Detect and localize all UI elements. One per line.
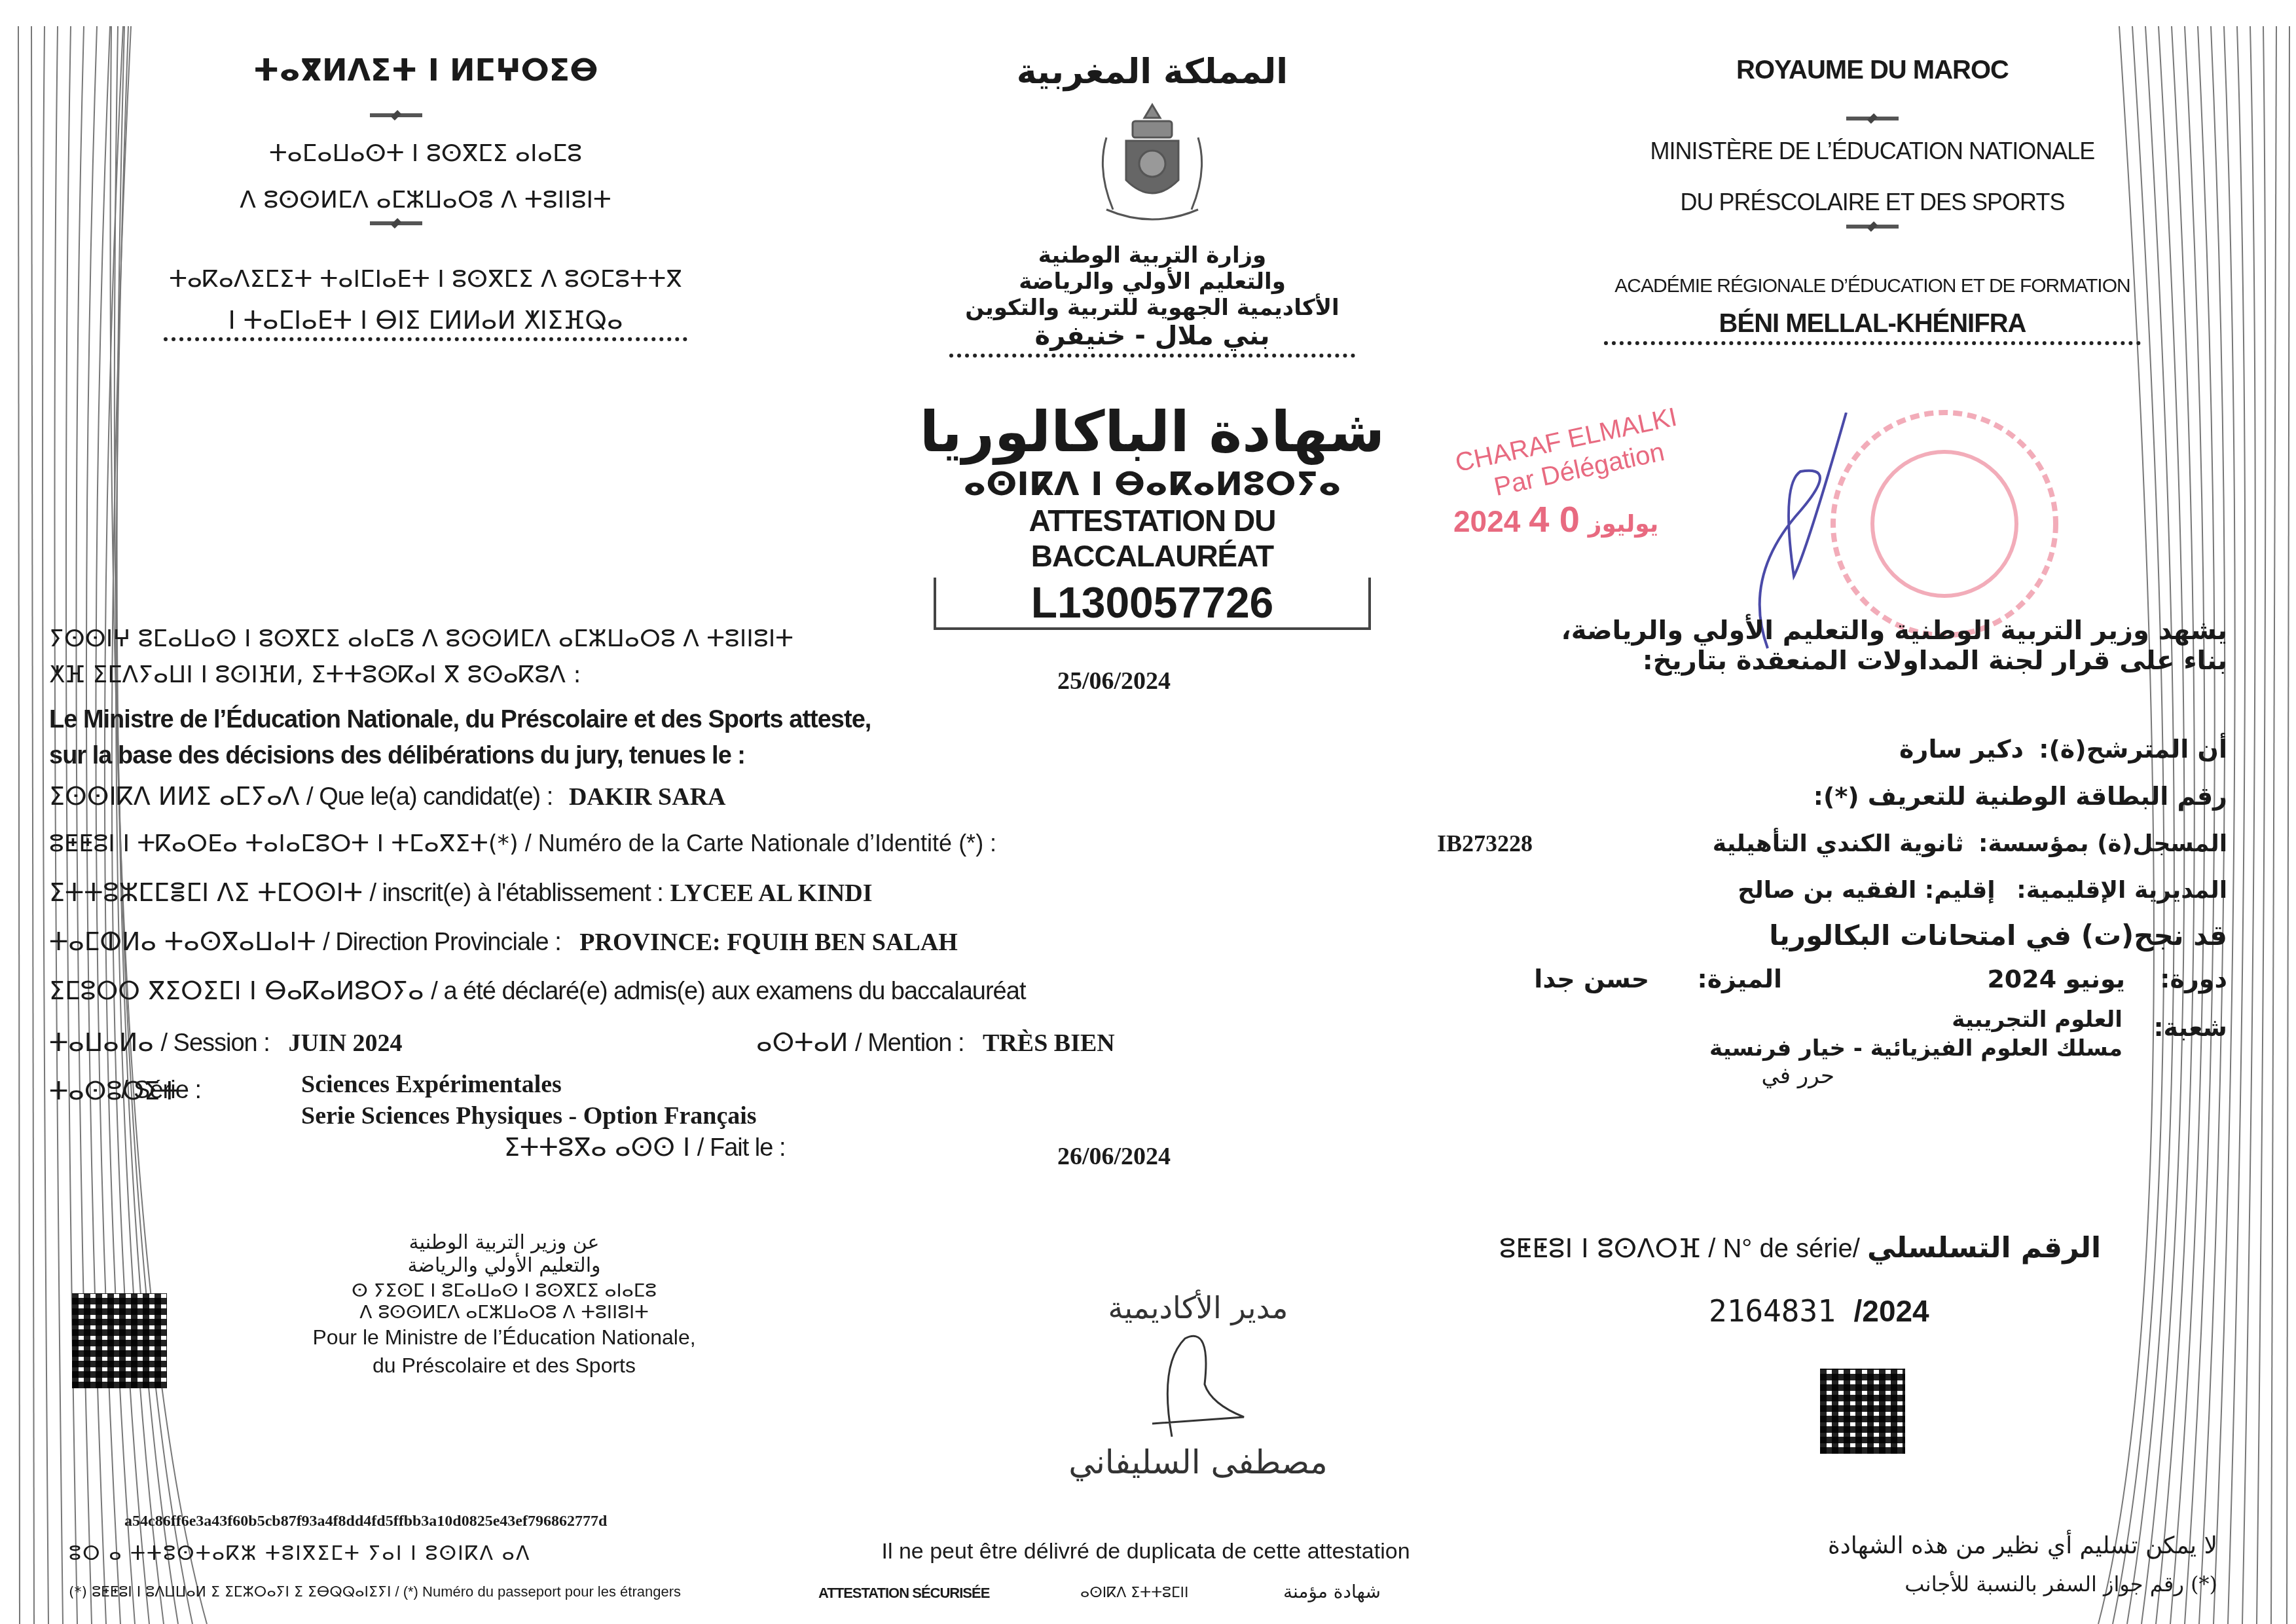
serial-label-arabic: الرقم التسلسلي	[1867, 1231, 2101, 1264]
jury-date: 25/06/2024	[1057, 667, 1171, 695]
intro-french-1: Le Ministre de l’Éducation Nationale, du…	[49, 706, 1293, 734]
body-left: ⵢⵙⵙⵏⵖ ⵓⵎⴰⵡⴰⵙ ⵏ ⵓⵙⴳⵎⵉ ⴰⵏⴰⵎⵓ ⴷ ⵓⵙⵙⵍⵎⴷ ⴰⵎⵣⵡ…	[49, 625, 1293, 1175]
serial-label-tifinagh: ⵓⵟⵟⵓⵏ ⵏ ⵓⵙⴷⵔⴼ	[1499, 1234, 1701, 1264]
session-label-tifinagh: ⵜⴰⵡⴰⵍⴰ	[49, 1028, 154, 1057]
serie-label-ar: شعبة:	[2153, 1013, 2227, 1042]
direction-label-tifinagh: ⵜⴰⵎⵀⵍⴰ ⵜⴰⵙⴳⴰⵡⴰⵏⵜ	[49, 927, 316, 956]
serial-year: /2024	[1854, 1294, 1929, 1328]
arabic-ministry-line2: والتعليم الأولي والرياضة	[949, 268, 1355, 295]
ar-sign-line2: والتعليم الأولي والرياضة	[249, 1254, 759, 1277]
school-label-tifinagh: ⵉⵜⵜⵓⵣⵎⵎⴻⵎⵏ ⴷⵉ ⵜⵎⵔⵙⵏⵜ	[49, 878, 363, 907]
arabic-academy: الأكاديمية الجهوية للتربية والتكوين	[949, 295, 1355, 321]
passport-note-tifinagh: (*) ⵓⵟⵟⵓⵏ ⵏ ⵓⴷⵡⵡⴰⵍ ⵉ ⵉⵎⵣⵔⴰⵢⵏ ⵉ ⵉⴱⵕⵕⴰⵏⵉⵢⵏ	[69, 1584, 391, 1600]
session-label: / Session :	[160, 1029, 269, 1057]
school-label-ar: المسجل(ة) بمؤسسة:	[1978, 830, 2227, 857]
serie-value-2: Serie Sciences Physiques - Option França…	[301, 1101, 757, 1130]
secured-label-french: ATTESTATION SÉCURISÉE	[818, 1585, 989, 1602]
tif-sign-line1: ⵙ ⵢⵉⵙⵎ ⵏ ⵓⵎⴰⵡⴰⵙ ⵏ ⵓⵙⴳⵎⵉ ⴰⵏⴰⵎⵓ	[249, 1280, 759, 1301]
mention-label-ar: الميزة:	[1697, 965, 1782, 993]
session-row-ar: دورة: يونيو 2024 الميزة: حسن جدا	[1474, 965, 2227, 997]
body-right: يشهد وزير التربية الوطنية والتعليم الأول…	[1474, 616, 2227, 1098]
no-duplicate-tifinagh: ⵓⵔ ⴰ ⵜⵜⵓⵙⵜⴰⴽⵣ ⵜⵓⵏⴳⵉⵎⵜ ⵢⴰⵏ ⵏ ⵓⵙⵏⴽⴷ ⴰⴷ	[69, 1542, 530, 1565]
director-signature-block: مدير الأكاديمية مصطفى السليفاني	[969, 1290, 1427, 1481]
candidate-label: / Que le(a) candidat(e) :	[306, 783, 553, 811]
tifinagh-academy: ⵜⴰⴽⴰⴷⵉⵎⵉⵜ ⵜⴰⵏⵎⵏⴰⴹⵜ ⵏ ⵓⵙⴳⵎⵉ ⴷ ⵓⵙⵎⵓⵜⵜⴳ	[164, 266, 687, 293]
title-block: شهادة الباكالوريا ⴰⵙⵏⴽⴷ ⵏ ⴱⴰⴽⴰⵍⵓⵔⵢⴰ ATTE…	[917, 399, 1388, 630]
candidate-label-tifinagh: ⵉⵙⵙⵏⴽⴷ ⵍⵍⵉ ⴰⵎⵢⴰⴷ	[49, 782, 299, 811]
verification-hash: a54c86ff6e3a43f60b5cb87f93a4f8dd4fd5ffbb…	[124, 1513, 607, 1530]
secured-label-arabic: شهادة مؤمنة	[1283, 1581, 1381, 1602]
candidate-name-ar: دكير سارة	[1899, 735, 2024, 764]
passport-note: (*) ⵓⵟⵟⵓⵏ ⵏ ⵓⴷⵡⵡⴰⵍ ⵉ ⵉⵎⵣⵔⴰⵢⵏ ⵉ ⵉⴱⵕⵕⴰⵏⵉⵢⵏ…	[69, 1583, 681, 1600]
direction-label: / Direction Provinciale :	[323, 929, 561, 956]
footer-left-signature: عن وزير التربية الوطنية والتعليم الأولي …	[249, 1231, 759, 1378]
candidate-name: DAKIR SARA	[569, 783, 726, 811]
school-name-ar: ثانوية الكندي التأهيلية	[1713, 830, 1964, 857]
no-duplicate-notice: Il ne peut être délivré de duplicata de …	[818, 1539, 1473, 1564]
direction-row: ⵜⴰⵎⵀⵍⴰ ⵜⴰⵙⴳⴰⵡⴰⵏⵜ / Direction Provinciale…	[49, 927, 1293, 957]
datamatrix-code[interactable]	[1820, 1369, 1905, 1454]
session-value-ar: يونيو 2024	[1987, 965, 2125, 993]
director-name: مصطفى السليفاني	[969, 1443, 1427, 1481]
arabic-kingdom: المملكة المغربية	[949, 52, 1355, 92]
header-center: المملكة المغربية وزارة التربية الوطنية و…	[949, 52, 1355, 358]
ministry-line2: DU PRÉSCOLAIRE ET DES SPORTS	[1604, 189, 2141, 216]
mention-label: / Mention :	[855, 1029, 964, 1057]
tifinagh-kingdom: ⵜⴰⴳⵍⴷⵉⵜ ⵏ ⵍⵎⵖⵔⵉⴱ	[164, 52, 687, 88]
school-row: ⵉⵜⵜⵓⵣⵎⵎⴻⵎⵏ ⴷⵉ ⵜⵎⵔⵙⵏⵜ / inscrit(e) à l'ét…	[49, 878, 1293, 908]
header-left: ⵜⴰⴳⵍⴷⵉⵜ ⵏ ⵍⵎⵖⵔⵉⴱ ⵜⴰⵎⴰⵡⴰⵙⵜ ⵏ ⵓⵙⴳⵎⵉ ⴰⵏⴰⵎⵓ …	[164, 52, 687, 341]
fait-date: 26/06/2024	[1057, 1142, 1171, 1171]
serie-value-1-ar: العلوم التجريبية	[1952, 1006, 2123, 1033]
ministry-line1: MINISTÈRE DE L’ÉDUCATION NATIONALE	[1604, 138, 2141, 165]
admitted-ar: قد نجح(ت) في امتحانات البكالوريا	[1474, 919, 2227, 951]
fr-sign-line1: Pour le Ministre de l’Éducation National…	[249, 1325, 759, 1350]
serie-value-1: Sciences Expérimentales	[301, 1070, 562, 1099]
cin-label-tifinagh: ⵓⵟⵟⵓⵏ ⵏ ⵜⴽⴰⵔⴹⴰ ⵜⴰⵏⴰⵎⵓⵔⵜ ⵏ ⵜⵎⴰⴳⵉⵜ(*)	[49, 830, 519, 857]
ar-sign-line1: عن وزير التربية الوطنية	[249, 1231, 759, 1254]
admitted-label: / a été déclaré(e) admis(e) aux examens …	[431, 978, 1025, 1005]
arabic-region: بني ملال - خنيفرة	[949, 321, 1355, 358]
director-title: مدير الأكاديمية	[969, 1290, 1427, 1325]
title-arabic: شهادة الباكالوريا	[917, 399, 1388, 465]
serial-label: / N° de série/	[1708, 1234, 1860, 1263]
intro-french-2: sur la base des décisions des délibérati…	[49, 742, 1293, 770]
tifinagh-ministry-line1: ⵜⴰⵎⴰⵡⴰⵙⵜ ⵏ ⵓⵙⴳⵎⵉ ⴰⵏⴰⵎⵓ	[164, 140, 687, 167]
tifinagh-region: ⵏ ⵜⴰⵎⵏⴰⴹⵜ ⵏ ⴱⵏⵉ ⵎⵍⵍⴰⵍ ⵅⵏⵉⴼⵕⴰ	[164, 306, 687, 341]
school-name: LYCEE AL KINDI	[670, 879, 872, 907]
fr-sign-line2: du Préscolaire et des Sports	[249, 1354, 759, 1378]
stamp-date-month: يوليوز	[1588, 511, 1659, 538]
intro-tifinagh-2: ⵅⴼ ⵉⵎⴷⵢⴰⵡⵏ ⵏ ⵓⵙⵏⴼⵍ, ⵉⵜⵜⵓⵙⴽⴰⵏ ⴳ ⵓⵙⴰⴽⵓⴷ :	[49, 661, 581, 688]
serial-row: ⵓⵟⵟⵓⵏ ⵏ ⵓⵙⴷⵔⴼ / N° de série/ الرقم التسل…	[1499, 1231, 2101, 1264]
separator	[370, 221, 422, 225]
intro-tifinagh-1: ⵢⵙⵙⵏⵖ ⵓⵎⴰⵡⴰⵙ ⵏ ⵓⵙⴳⵎⵉ ⴰⵏⴰⵎⵓ ⴷ ⵓⵙⵙⵍⵎⴷ ⴰⵎⵣⵡ…	[49, 625, 1293, 652]
admitted-row: ⵉⵎⵓⵔⵔ ⴳⵉⵔⵉⵎⵏ ⵏ ⴱⴰⴽⴰⵍⵓⵔⵢⴰ / a été déclaré…	[49, 976, 1293, 1006]
candidate-row-ar: أن المترشح(ة): دكير سارة	[1474, 735, 2227, 764]
cin-label: / Numéro de la Carte Nationale d’Identit…	[525, 830, 996, 857]
serie-row: ⵜⴰⵙⵓⵔⵉⵜ / Série : Sciences Expérimentale…	[49, 1070, 1293, 1175]
serie-label: / Série :	[121, 1077, 201, 1105]
direction-row-ar: المديرية الإقليمية: إقليم: الفقيه بن صال…	[1474, 877, 2227, 904]
secured-label-tifinagh: ⴰⵙⵏⴽⴷ ⵉⵜⵜⵓⵎⵏⵏ	[1080, 1585, 1189, 1601]
qr-code[interactable]	[72, 1293, 167, 1388]
candidate-row: ⵉⵙⵙⵏⴽⴷ ⵍⵍⵉ ⴰⵎⵢⴰⴷ / Que le(a) candidat(e)…	[49, 782, 1293, 811]
school-label: / inscrit(e) à l'établissement :	[370, 879, 663, 907]
direction-value: PROVINCE: FQUIH BEN SALAH	[579, 929, 957, 956]
serial-number: 2164831 /2024	[1709, 1293, 1929, 1329]
fait-label-tifinagh: ⵉⵜⵜⵓⴳⴰ ⴰⵙⵙ ⵏ	[504, 1133, 690, 1162]
kingdom-title: ROYAUME DU MAROC	[1604, 56, 2141, 85]
intro-arabic-2: بناء على قرار لجنة المداولات المنعقدة بت…	[1474, 646, 2227, 676]
mention-label-tifinagh: ⴰⵙⵜⴰⵍ	[756, 1028, 848, 1057]
direction-label-ar: المديرية الإقليمية:	[2016, 877, 2227, 904]
arabic-ministry-line1: وزارة التربية الوطنية	[949, 242, 1355, 268]
serie-row-ar: شعبة: العلوم التجريبية مسلك العلوم الفيز…	[1474, 1006, 2227, 1098]
stamp-date-year: 2024	[1453, 504, 1520, 538]
fait-label: / Fait le :	[697, 1134, 786, 1162]
separator	[370, 113, 422, 117]
header-right: ROYAUME DU MAROC MINISTÈRE DE L’ÉDUCATIO…	[1604, 56, 2141, 345]
serie-value-2-ar: مسلك العلوم الفيزيائية - خيار فرنسية	[1709, 1035, 2123, 1061]
admitted-label-tifinagh: ⵉⵎⵓⵔⵔ ⴳⵉⵔⵉⵎⵏ ⵏ ⴱⴰⴽⴰⵍⵓⵔⵢⴰ	[49, 976, 424, 1005]
cin-row: ⵓⵟⵟⵓⵏ ⵏ ⵜⴽⴰⵔⴹⴰ ⵜⴰⵏⴰⵎⵓⵔⵜ ⵏ ⵜⵎⴰⴳⵉⵜ(*) / Nu…	[49, 830, 1293, 857]
passport-note-french: / (*) Numéro du passeport pour les étran…	[395, 1583, 682, 1600]
mention-value-ar: حسن جدا	[1534, 965, 1649, 993]
region-title: BÉNI MELLAL-KHÉNIFRA	[1604, 309, 2141, 345]
cin-label-ar: رقم البطاقة الوطنية للتعريف (*):	[1474, 782, 2227, 811]
stamp-date: 2024 يوليوز 0 4	[1453, 498, 1658, 540]
mention-value: TRÈS BIEN	[983, 1029, 1115, 1057]
session-mention-row: ⵜⴰⵡⴰⵍⴰ / Session : JUIN 2024 ⴰⵙⵜⴰⵍ / Men…	[49, 1028, 1293, 1061]
tif-sign-line2: ⴷ ⵓⵙⵙⵍⵎⴷ ⴰⵎⵣⵡⴰⵔⵓ ⴷ ⵜⵓⵏⵏⵓⵏⵜ	[249, 1301, 759, 1323]
intro-arabic-1: يشهد وزير التربية الوطنية والتعليم الأول…	[1474, 616, 2227, 646]
title-french: ATTESTATION DU BACCALAURÉAT	[917, 503, 1388, 574]
school-row-ar: المسجل(ة) بمؤسسة: ثانوية الكندي التأهيلي…	[1474, 830, 2227, 857]
direction-value-ar: إقليم: الفقيه بن صالح	[1738, 877, 1995, 904]
session-value: JUIN 2024	[288, 1029, 402, 1057]
director-signature-icon	[1133, 1325, 1264, 1443]
stamp-date-day: 0 4	[1529, 498, 1580, 540]
official-stamp: CHARAF ELMALKI Par Délégation 2024 يوليو…	[1453, 399, 2108, 648]
session-label-ar: دورة:	[2160, 965, 2227, 993]
separator	[1846, 225, 1899, 229]
attestation-number-box: L130057726	[934, 578, 1371, 630]
candidate-label-ar: أن المترشح(ة):	[2039, 735, 2227, 764]
passport-note-arabic: (*) رقم جواز السفر بالنسبة للأجانب	[1904, 1572, 2217, 1596]
tifinagh-ministry-line2: ⴷ ⵓⵙⵙⵍⵎⴷ ⴰⵎⵣⵡⴰⵔⵓ ⴷ ⵜⵓⵏⵏⵓⵏⵜ	[164, 187, 687, 213]
separator	[1846, 117, 1899, 120]
serial-value: 2164831	[1709, 1293, 1836, 1329]
handwritten-note-ar: حرر في	[1761, 1063, 1834, 1089]
attestation-number: L130057726	[1031, 578, 1274, 627]
coat-of-arms-icon	[1087, 98, 1218, 229]
title-tifinagh: ⴰⵙⵏⴽⴷ ⵏ ⴱⴰⴽⴰⵍⵓⵔⵢⴰ	[917, 465, 1388, 503]
academy-title: ACADÉMIE RÉGIONALE D’ÉDUCATION ET DE FOR…	[1604, 275, 2141, 297]
no-duplicate-arabic: لا يمكن تسليم أي نظير من هذه الشهادة	[1828, 1532, 2217, 1559]
